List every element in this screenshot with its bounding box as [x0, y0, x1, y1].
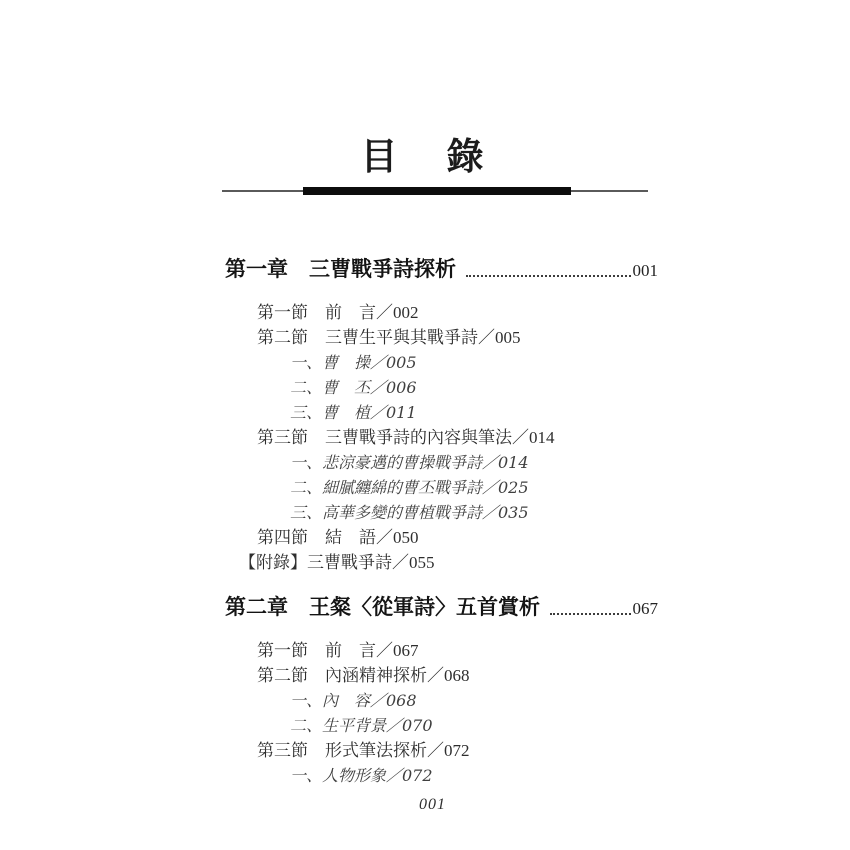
toc-entry: 第一節 前 言／067 [225, 638, 658, 663]
toc-list: 第一章 三曹戰爭詩探析 001 第一節 前 言／002 第二節 三曹生平與其戰爭… [225, 255, 658, 788]
toc-entry: 第三節 形式筆法探析／072 [225, 738, 658, 763]
toc-entry: 一、曹 操／005 [225, 350, 658, 375]
toc-entry: 第二節 三曹生平與其戰爭詩／005 [225, 325, 658, 350]
footer-page-number: 001 [225, 796, 640, 814]
toc-entry: 一、人物形象／072 [225, 763, 658, 788]
toc-entry: 第一節 前 言／002 [225, 300, 658, 325]
toc-entry: 二、細膩纏綿的曹丕戰爭詩／025 [225, 475, 658, 500]
toc-entry: 三、高華多變的曹植戰爭詩／035 [225, 500, 658, 525]
toc-entry: 第二節 內涵精神探析／068 [225, 663, 658, 688]
toc-entry: 一、悲涼豪邁的曹操戰爭詩／014 [225, 450, 658, 475]
toc-entry: 二、生平背景／070 [225, 713, 658, 738]
toc-entry-appendix: 【附錄】三曹戰爭詩／055 [225, 550, 658, 575]
chapter-heading-1: 第一章 三曹戰爭詩探析 001 [225, 255, 658, 286]
chapter-1-label: 第一章 三曹戰爭詩探析 [225, 255, 456, 285]
toc-entry: 一、內 容／068 [225, 688, 658, 713]
chapter-heading-2: 第二章 王粲〈從軍詩〉五首賞析 067 [225, 593, 658, 624]
chapter-2-label: 第二章 王粲〈從軍詩〉五首賞析 [225, 593, 540, 623]
toc-page: 目 錄 第一章 三曹戰爭詩探析 001 第一節 前 言／002 第二節 三曹生平… [0, 0, 850, 850]
toc-entry: 三、曹 植／011 [225, 400, 658, 425]
dot-leader [466, 275, 631, 277]
chapter-2-page-number: 067 [633, 594, 659, 624]
title-divider [222, 186, 648, 196]
toc-entry: 二、曹 丕／006 [225, 375, 658, 400]
toc-entry: 第四節 結 語／050 [225, 525, 658, 550]
dot-leader [550, 613, 631, 615]
toc-entry: 第三節 三曹戰爭詩的內容與筆法／014 [225, 425, 658, 450]
chapter-1-page-number: 001 [633, 256, 659, 286]
divider-thick-bar [303, 187, 571, 195]
page-title: 目 錄 [0, 136, 850, 178]
